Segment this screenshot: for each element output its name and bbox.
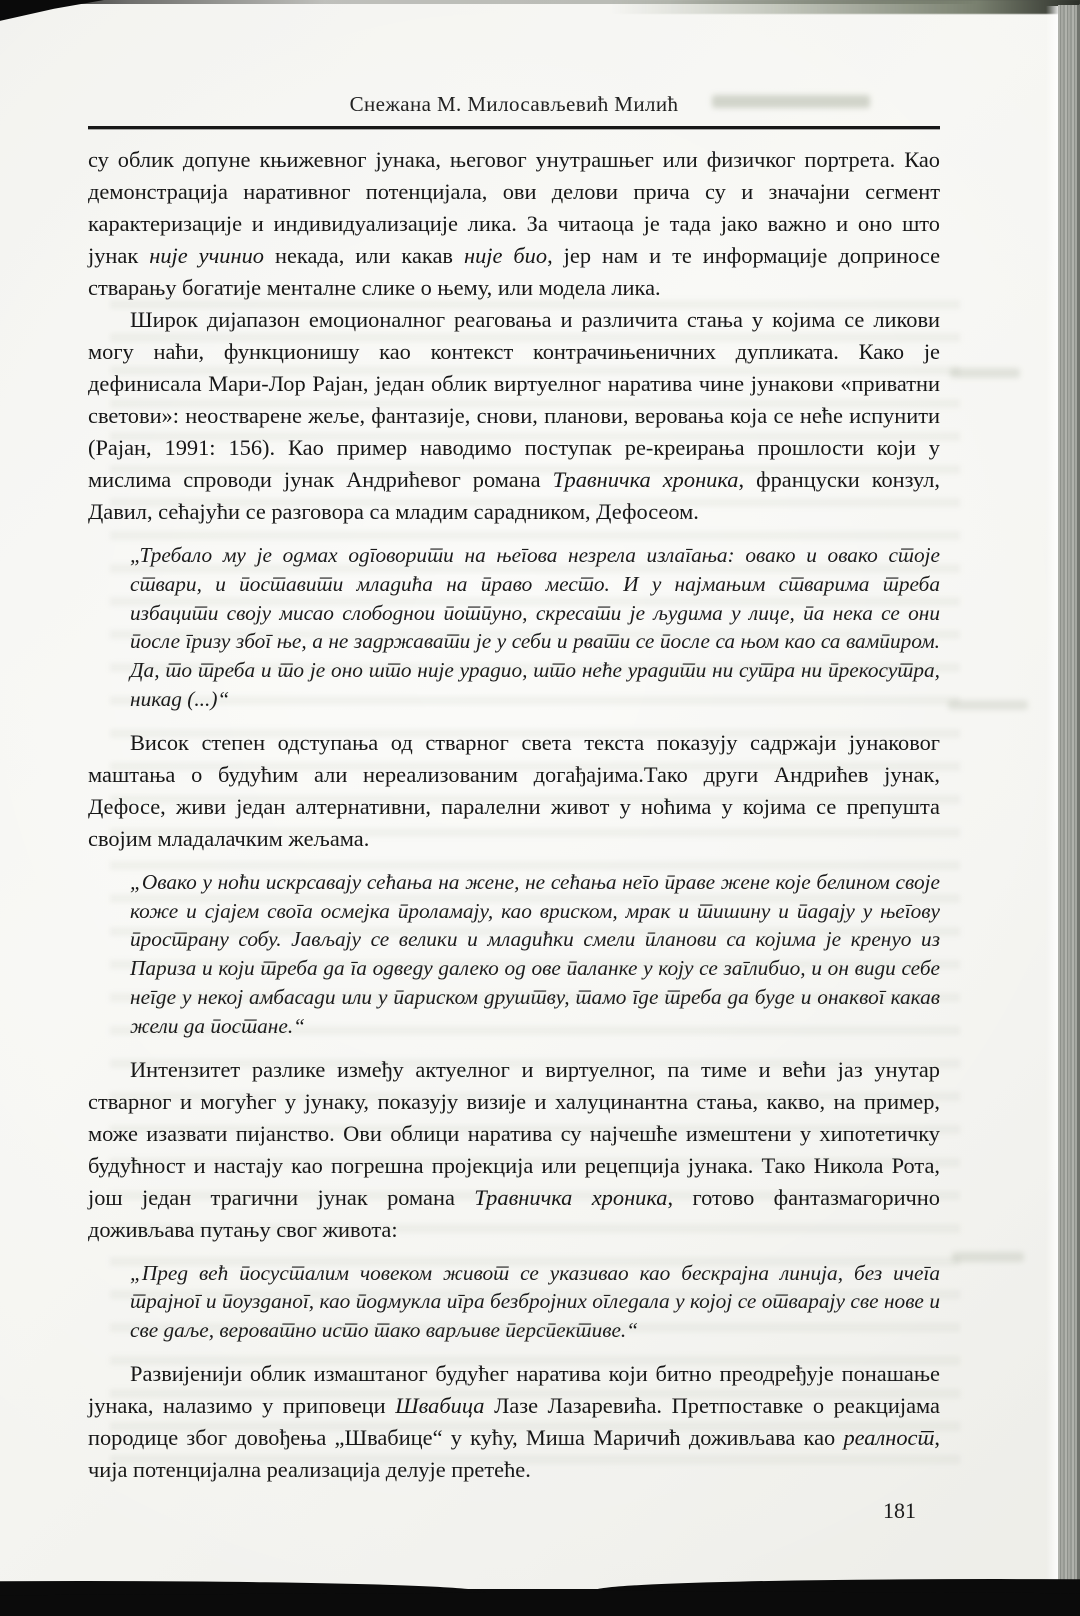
- book-page-edges: [1058, 5, 1080, 1600]
- block-quote: „Овако у ноћи искрсавају сећања на жене,…: [130, 868, 940, 1041]
- paragraph: Интензитет разлике између актуелног и ви…: [88, 1054, 940, 1246]
- paragraph: Висок степен одступања од стварног света…: [88, 727, 940, 855]
- page-edge-highlight: [1046, 6, 1058, 1590]
- page-number: 181: [88, 1498, 940, 1524]
- paragraph: Широк дијапазон емоционалног реаговања и…: [88, 304, 940, 528]
- block-quote: „Требало му је одмах одговорити на његов…: [130, 541, 940, 714]
- paragraph: Развијенији облик измаштаног будућег нар…: [88, 1358, 940, 1486]
- running-header: Снежана М. Милосављевић Милић: [88, 92, 940, 117]
- scan-edge-bottom: [0, 1589, 1080, 1616]
- header-rule: [88, 126, 940, 129]
- paragraph: су облик допуне књижевног јунака, његово…: [88, 144, 940, 304]
- scan-edge-top-right: [610, 0, 1080, 14]
- book-page: Снежана М. Милосављевић Милић су облик д…: [88, 92, 940, 1524]
- page-header: Снежана М. Милосављевић Милић: [88, 92, 940, 129]
- page-body: су облик допуне књижевног јунака, његово…: [88, 144, 940, 1486]
- block-quote: „Пред већ посусталим човеком живот се ук…: [130, 1259, 940, 1345]
